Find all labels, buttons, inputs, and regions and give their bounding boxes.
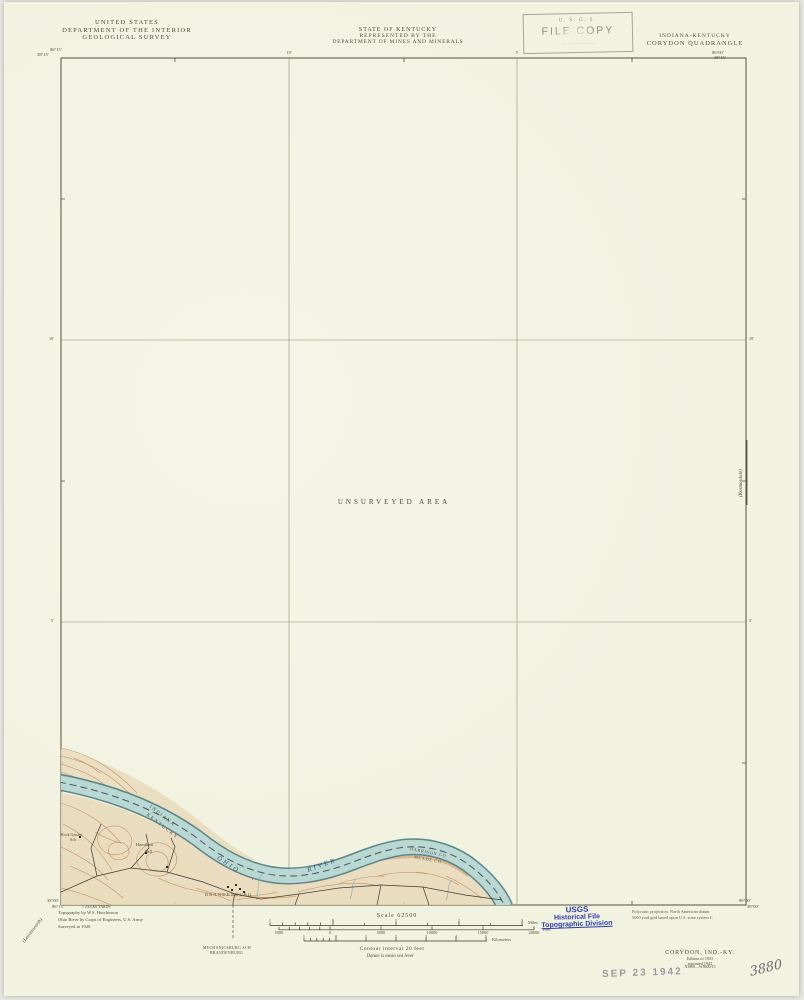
scale-feet-20000: 20000	[529, 931, 540, 935]
road-destination-note2: BRANDENBURG	[210, 952, 243, 956]
tick-top-10: 10'	[287, 51, 292, 55]
stamp-fade-overlay	[552, 24, 596, 45]
scale-feet-0: 0	[329, 931, 331, 935]
map-sheet: UNITED STATES DEPARTMENT OF THE INTERIOR…	[0, 0, 804, 1000]
scale-km-3: 3	[425, 935, 427, 939]
tick-right-5: 5'	[749, 619, 752, 623]
tick-left-10: 10'	[49, 337, 54, 341]
scale-km-0: 0	[335, 935, 337, 939]
scale-miles-3: 3	[521, 919, 523, 923]
tick-top-5: 5'	[516, 51, 519, 55]
scale-km-1b: 1	[365, 935, 367, 939]
scale-km-4: 4	[455, 935, 457, 939]
scale-feet-5000b: 5000	[377, 931, 386, 935]
file-stamp-agency: U. S. G. S.	[559, 18, 597, 24]
kentucky-header-line3: DEPARTMENT OF MINES AND MINERALS	[332, 40, 463, 46]
corner-tl-lat: 38°15'	[37, 53, 49, 58]
contour-interval-note: Contour interval 20 feet	[360, 947, 425, 953]
unsurveyed-area-label: UNSURVEYED AREA	[338, 499, 450, 506]
corner-br-lat: 38°00'	[747, 905, 759, 910]
neatline-and-grid	[61, 58, 747, 905]
scale-km-2: 2	[395, 935, 397, 939]
scale-miles-1a: 1	[269, 919, 271, 923]
imprint-code: N3800—W8600/15	[685, 966, 716, 970]
credit-ohio-river: Ohio River by Corps of Engineers, U.S. A…	[58, 918, 143, 923]
corner-br-lon: 86°00'	[739, 899, 751, 904]
corner-bl-lon: 86°15'	[52, 905, 64, 910]
tick-right-10: 10'	[749, 337, 754, 341]
hill-label-line2: Hill	[145, 850, 152, 855]
credit-surveyed: Surveyed in 1928	[58, 925, 90, 930]
corner-tr-lat: 38°15'	[714, 56, 726, 61]
school-label-line2: Sch	[70, 838, 76, 842]
tick-left-5: 5'	[51, 619, 54, 623]
surveyed-area-art	[48, 748, 505, 910]
scale-feet-10000: 10000	[427, 931, 438, 935]
usgs-header-line3: GEOLOGICAL SURVEY	[82, 35, 171, 42]
projection-note-line2: 5000 yard grid based upon U.S. zone syst…	[632, 916, 713, 920]
projection-note-line1: Polyconic projection. North American dat…	[632, 910, 709, 914]
hill-label-line1: Hamilton	[136, 843, 153, 848]
town-label-brandenburg: BRANDENBURG	[205, 893, 252, 898]
scale-miles-unit: Miles	[528, 921, 538, 925]
corner-bl-lat: 38°00'	[47, 899, 59, 904]
scale-km-5: 5	[485, 935, 487, 939]
scale-km-1a: 1	[303, 935, 305, 939]
scale-feet-5000a: 5000	[275, 931, 284, 935]
scale-miles-2: 2	[458, 919, 460, 923]
adjoining-quad-east: (Kosmosdale)	[739, 469, 744, 497]
credit-topography: Topography by W.S. Hutchinson	[58, 911, 118, 916]
scale-miles-1b: 1	[395, 919, 397, 923]
quadrangle-state-label: INDIANA-KENTUCKY	[659, 34, 731, 40]
datum-note: Datum is mean sea level	[367, 955, 414, 960]
scale-miles-0: 0	[332, 919, 334, 923]
quadrangle-name-label: CORYDON QUADRANGLE	[647, 41, 744, 48]
scale-km-unit: Kilometers	[492, 938, 511, 942]
corner-tl-lon: 86°15'	[50, 48, 62, 53]
file-copy-stamp: U. S. G. S. FILE COPY ··················…	[523, 12, 634, 54]
